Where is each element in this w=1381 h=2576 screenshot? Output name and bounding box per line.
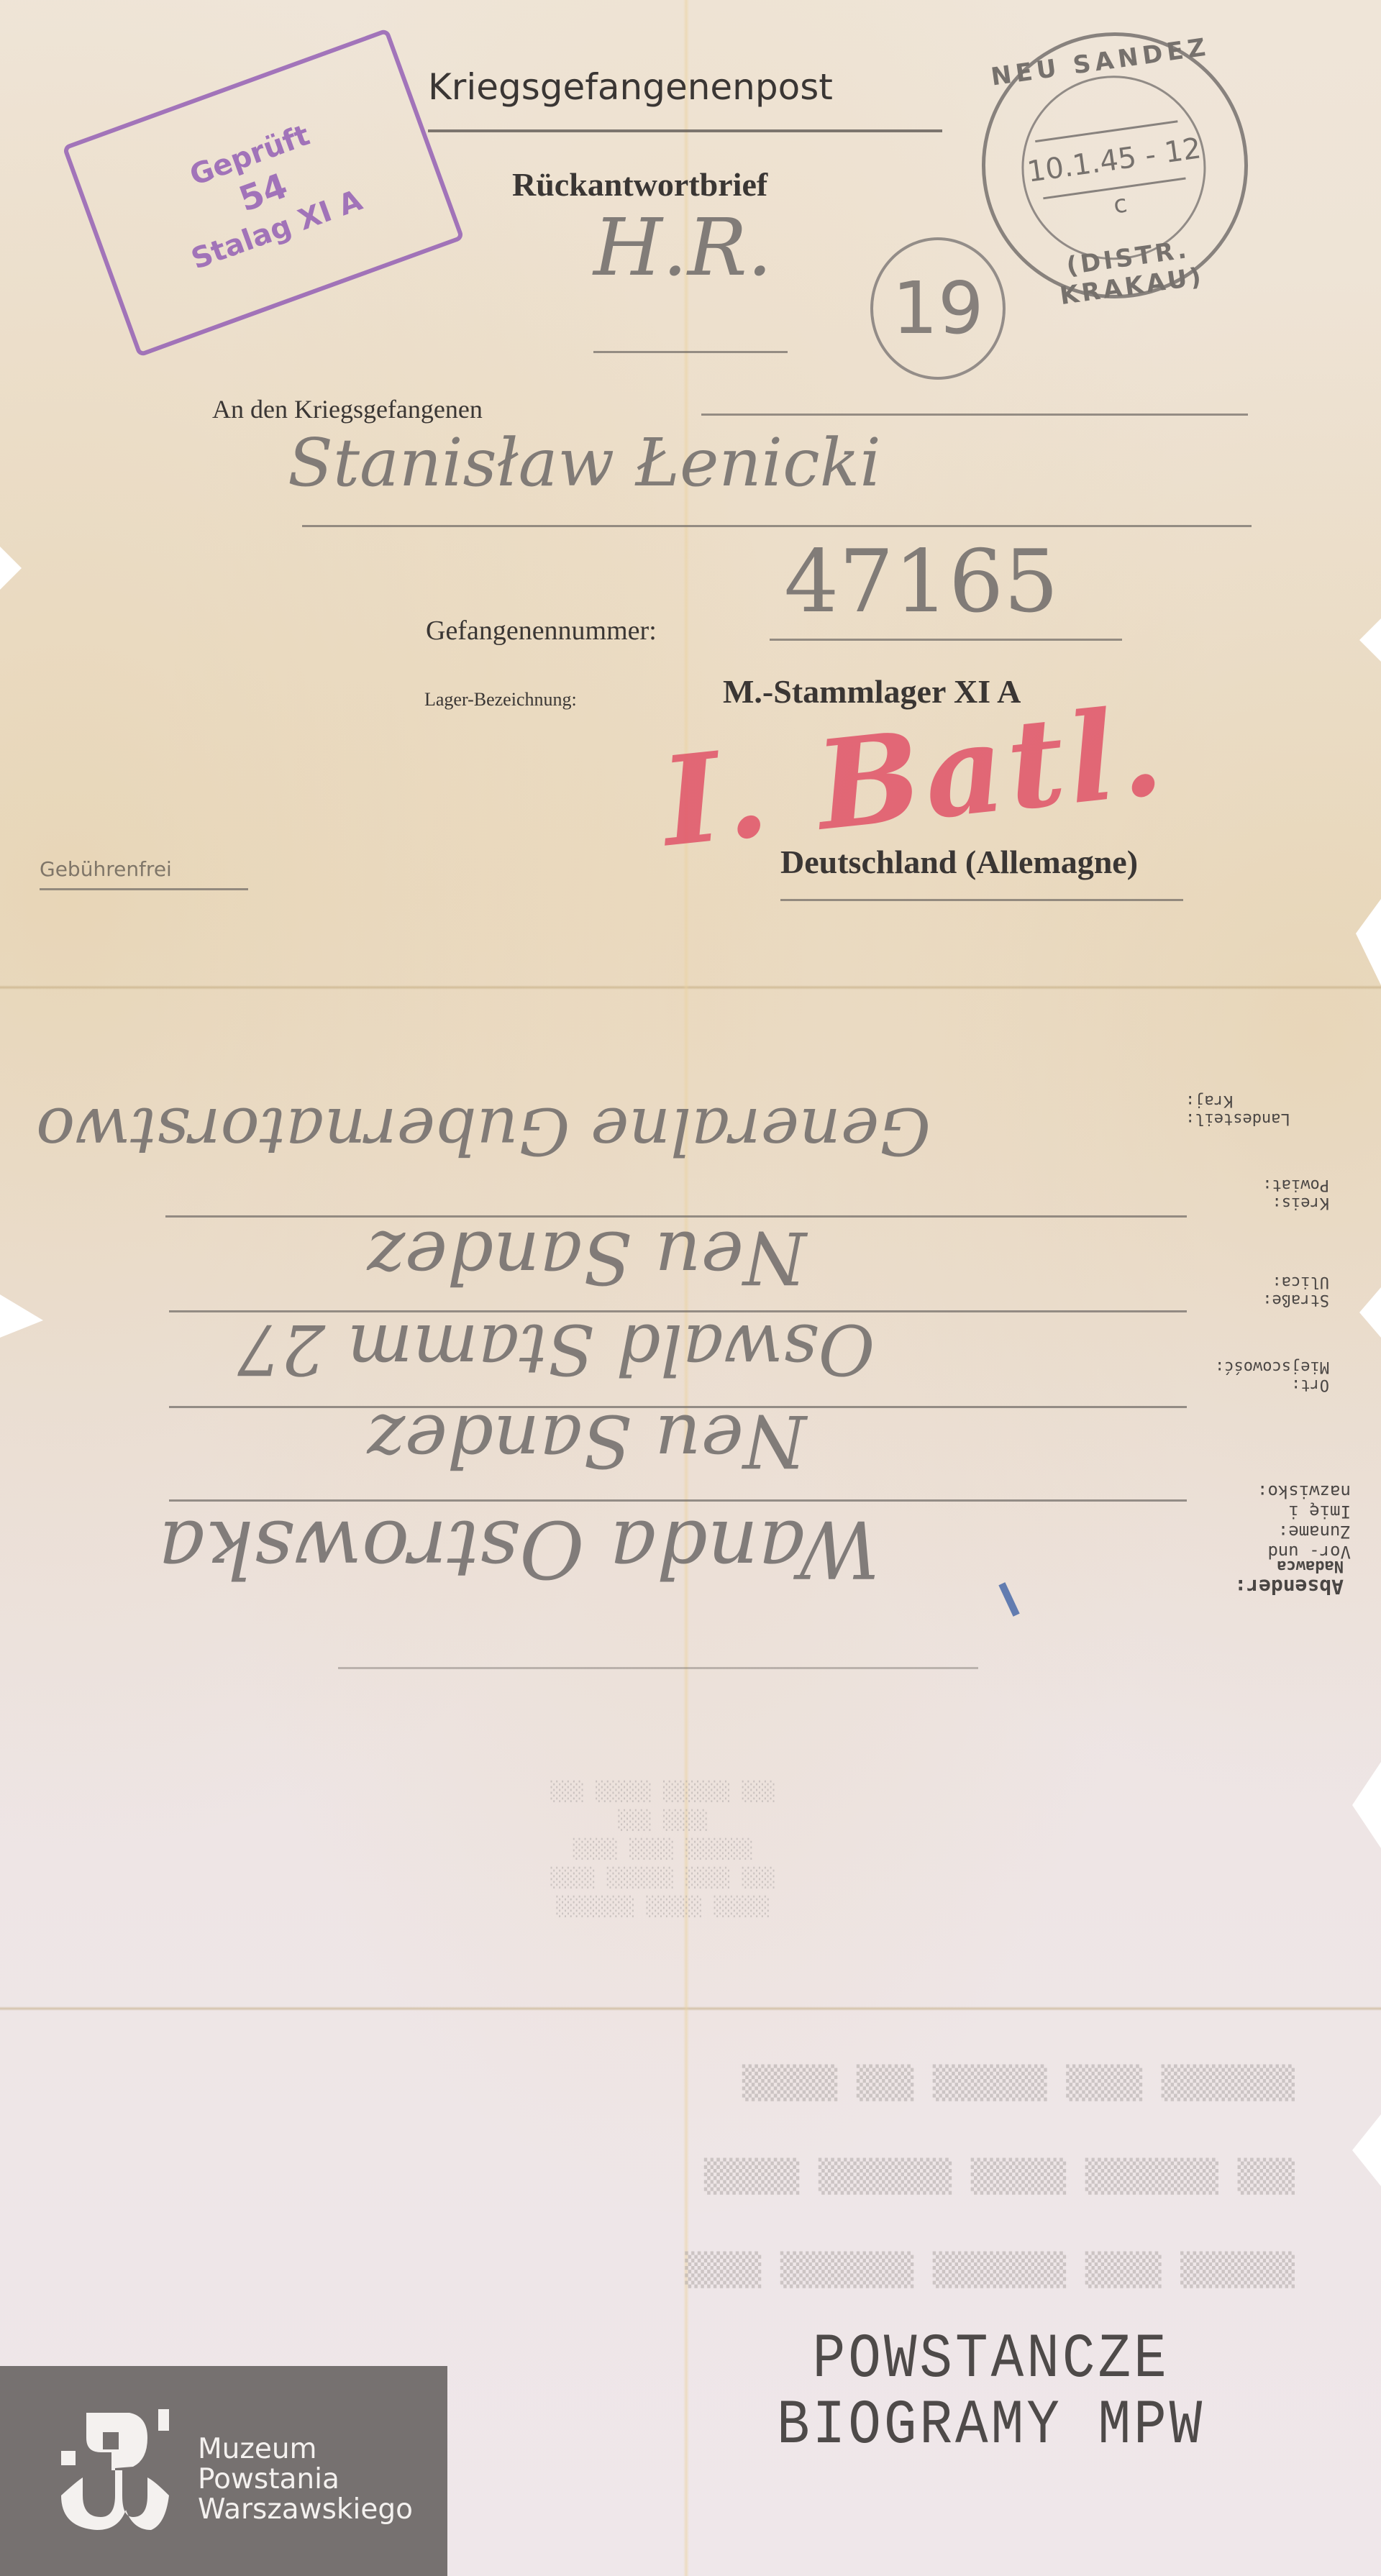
form-title: Kriegsgefangenenpost: [428, 66, 833, 108]
biogram-watermark: POWSTANCZE BIOGRAMY MPW: [777, 2326, 1205, 2459]
recipient-rule: [701, 414, 1248, 416]
name-rule: [302, 525, 1252, 527]
museum-name: Muzeum Powstania Warszawskiego: [198, 2434, 413, 2525]
sender-town: Neu Sandez: [367, 1399, 806, 1483]
recipient-label: An den Kriegsgefangenen: [212, 394, 483, 424]
recipient-name: Stanisław Łenicki: [288, 424, 881, 501]
number-rule: [770, 639, 1122, 641]
handwritten-initials: H.R.: [593, 201, 772, 293]
region-label: Landesteil: Kraj:: [1185, 1092, 1329, 1128]
faint-show-through-handwriting: ▒▒▒▒▒▒ ▒▒▒▒ ▒▒▒▒▒▒▒ ▒▒▒▒▒▒▒ ▒▒▒▒▒▒▒ ▒▒▒▒…: [86, 2035, 1295, 2316]
museum-logo: Muzeum Powstania Warszawskiego: [0, 2366, 447, 2576]
street-label: Straße: Ulica:: [1185, 1273, 1329, 1309]
country: Deutschland (Allemagne): [780, 843, 1138, 881]
town-label: Ort: Miejscowość:: [1185, 1358, 1329, 1394]
form-subtitle: Rückantwortbrief: [512, 165, 767, 204]
kotwica-anchor-icon: [61, 2409, 169, 2535]
circled-number: 19: [870, 237, 1006, 380]
bottom-line: [338, 1667, 978, 1669]
sender-street: Oswald Stamm 27: [237, 1309, 875, 1389]
sender-region: Generalne Gubernatorstwo: [36, 1093, 931, 1169]
country-rule: [780, 899, 1183, 901]
title-rule: [428, 129, 942, 132]
camp-label: Lager-Bezeichnung:: [424, 689, 577, 711]
fee-note: Gebührenfrei: [40, 857, 172, 881]
faint-show-through-text: ░░░░░ ░░░░░ ░░░░░░░░░░ ░░░░ ░░░░░░ ░░░░░…: [338, 1776, 985, 1920]
prisoner-number: 47165: [784, 532, 1059, 632]
name-line: [169, 1499, 1187, 1502]
sender-name: Wanda Ostrowska: [158, 1503, 880, 1595]
prisoner-number-label: Gefangenennummer:: [426, 615, 657, 647]
sender-county: Neu Sandez: [367, 1215, 806, 1300]
county-label: Kreis: Powiat:: [1185, 1176, 1329, 1212]
fold-crease: [0, 2006, 1381, 2011]
fee-rule: [40, 888, 248, 890]
sender-label: Absender: Nadawca: [1185, 1557, 1344, 1599]
name-label: Vor- und Zuname: Imię i nazwisko:: [1185, 1481, 1351, 1562]
fold-crease: [0, 985, 1381, 990]
initials-rule: [593, 351, 788, 353]
